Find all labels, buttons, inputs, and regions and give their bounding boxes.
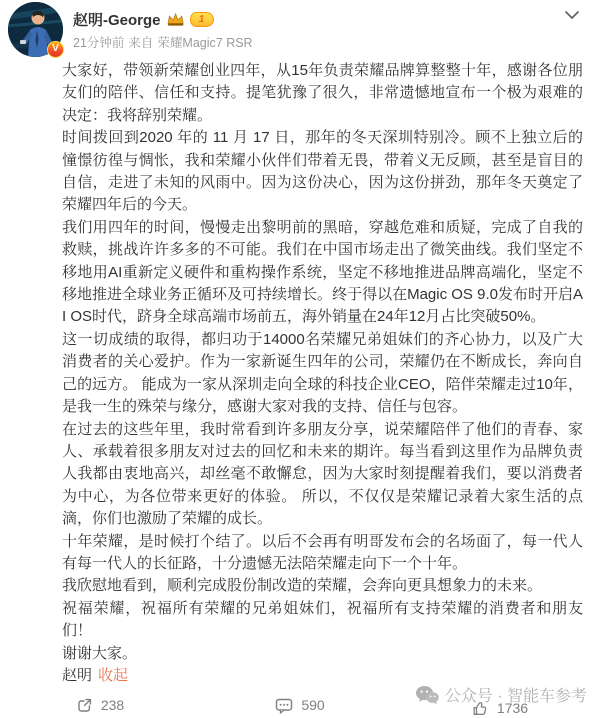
share-icon — [76, 697, 93, 714]
share-button[interactable]: 238 — [0, 692, 200, 718]
post-paragraph: 谢谢大家。 — [62, 643, 583, 665]
user-name[interactable]: 赵明-George — [73, 9, 161, 30]
action-bar: 238 590 1736 — [0, 692, 600, 718]
comment-icon — [275, 697, 293, 714]
post-paragraph: 大家好，带领新荣耀创业四年，从15年负责荣耀品牌算整整十年，感谢各位朋友们的陪伴… — [62, 60, 583, 127]
from-label: 来自 — [128, 33, 153, 51]
thumbs-up-icon — [472, 700, 489, 717]
device-source-link[interactable]: 荣耀Magic7 RSR — [157, 33, 252, 51]
post-paragraph: 十年荣耀，是时候打个结了。以后不会再有明哥发布会的名场面了，每一代人有每一代人的… — [62, 531, 583, 576]
post-body: 大家好，带领新荣耀创业四年，从15年负责荣耀品牌算整整十年，感谢各位朋友们的陪伴… — [62, 60, 583, 687]
post-paragraph: 我们用四年的时间，慢慢走出黎明前的黑暗，穿越危难和质疑，完成了自我的救赎，挑战许… — [62, 217, 583, 329]
like-button[interactable]: 1736 — [400, 692, 600, 718]
share-count: 238 — [101, 697, 124, 713]
comment-button[interactable]: 590 — [200, 692, 400, 718]
vip-level-badge: 1 — [190, 12, 214, 27]
signature: 赵明 — [62, 667, 92, 684]
timestamp: 21分钟前 — [73, 33, 124, 51]
post-meta: 21分钟前 来自 荣耀Magic7 RSR — [73, 33, 253, 51]
post-paragraph: 时间拨回到2020 年的 11 月 17 日，那年的冬天深圳特别冷。顾不上独立后… — [62, 127, 583, 217]
post-header: V 赵明-George 1 21分钟前 来自 荣耀Magic7 RSR — [0, 0, 600, 60]
comment-count: 590 — [301, 697, 324, 713]
post-paragraph: 在过去的这些年里，我时常看到许多朋友分享，说荣耀陪伴了他们的青春、家人、承载着很… — [62, 419, 583, 531]
crown-icon — [166, 12, 185, 27]
like-count: 1736 — [497, 700, 528, 716]
post-paragraph: 这一切成绩的取得，都归功于14000名荣耀兄弟姐妹们的齐心协力，以及广大消费者的… — [62, 329, 583, 419]
post-paragraph: 我欣慰地看到，顺利完成股份制改造的荣耀，会奔向更具想象力的未来。 — [62, 575, 583, 597]
collapse-link[interactable]: 收起 — [98, 667, 128, 684]
post-paragraph: 祝福荣耀，祝福所有荣耀的兄弟姐妹们，祝福所有支持荣耀的消费者和朋友们！ — [62, 598, 583, 643]
avatar[interactable]: V — [8, 2, 63, 57]
chevron-down-icon[interactable] — [562, 5, 582, 25]
verified-v-badge-icon: V — [47, 41, 64, 58]
